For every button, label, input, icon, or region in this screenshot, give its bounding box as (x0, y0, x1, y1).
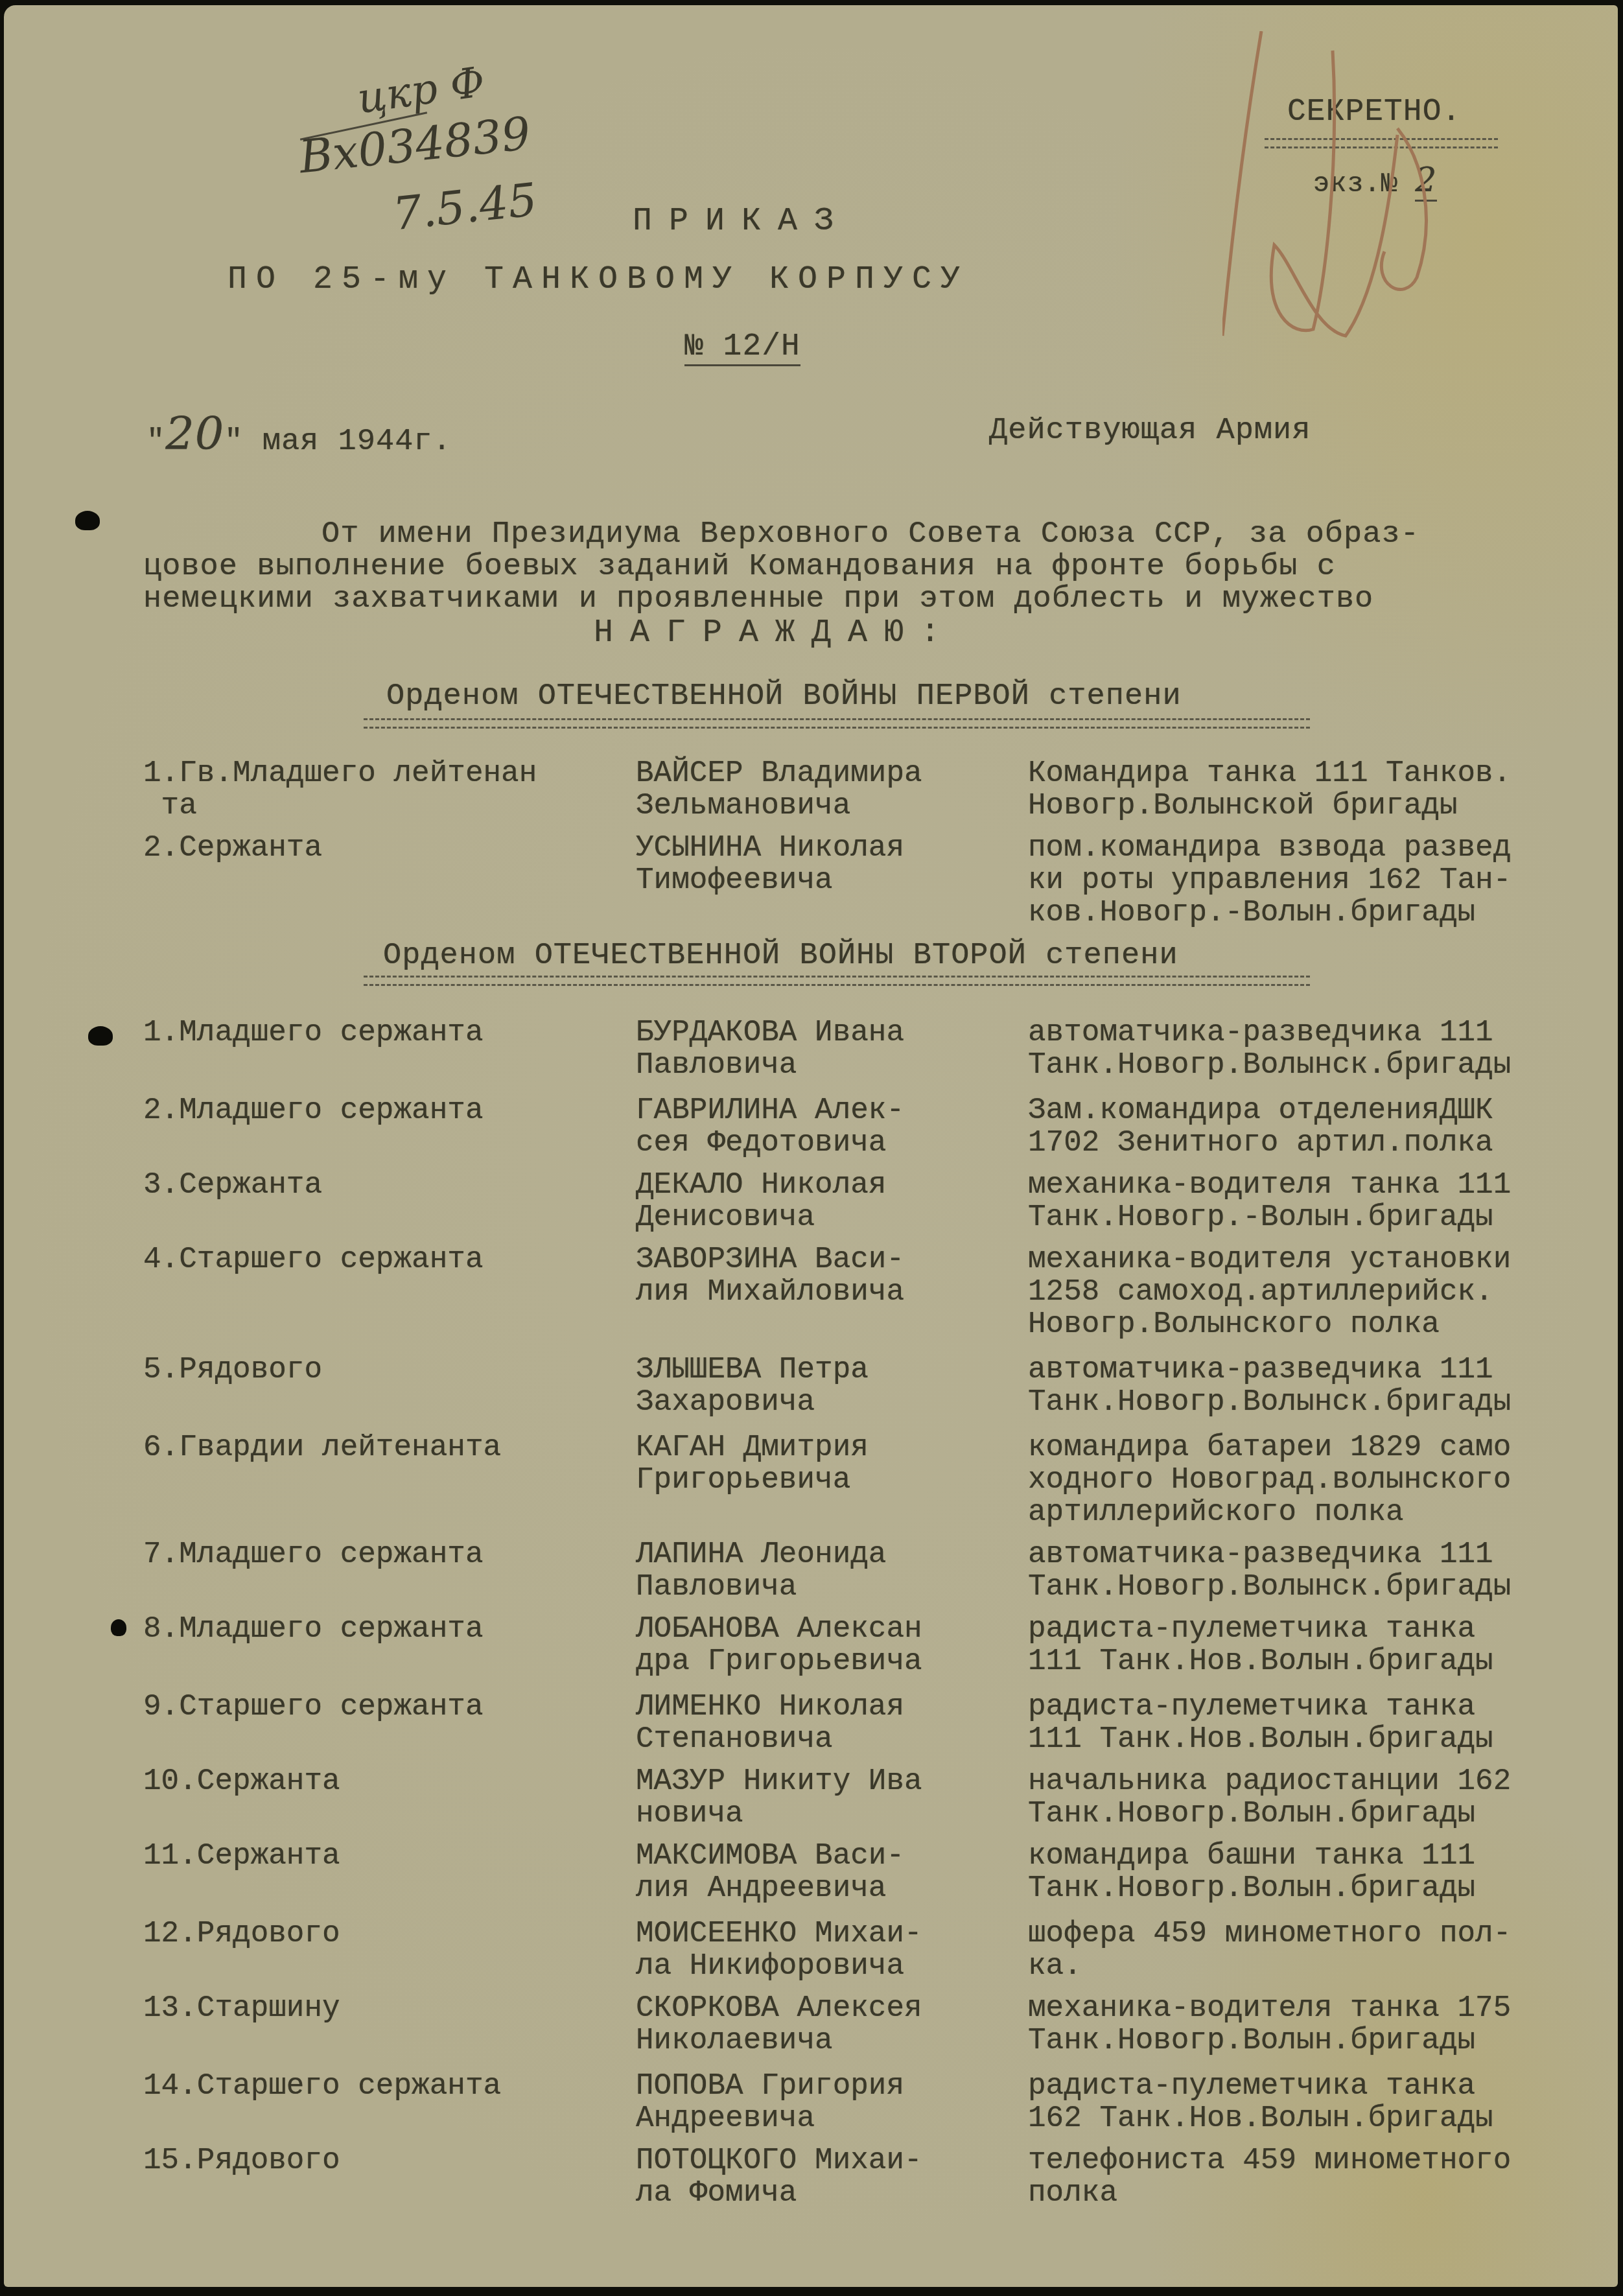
entry-rank: 11.Сержанта (143, 1840, 340, 1872)
entry-rank: 1.Гв.Младшего лейтенан та (143, 757, 537, 822)
entry-duty: радиста-пулеметчика танка 162 Танк.Нов.В… (1028, 2070, 1493, 2135)
preamble-line-2: цовое выполнение боевых заданий Командов… (143, 550, 1336, 584)
entry-name: ЛАПИНА Леонида Павловича (636, 1538, 886, 1603)
punch-hole (75, 511, 100, 530)
date-day: 20 (165, 407, 224, 460)
entry-duty: автоматчика-разведчика 111 Танк.Новогр.В… (1028, 1353, 1511, 1418)
entry-duty: механика-водителя установки 1258 самоход… (1028, 1243, 1511, 1341)
entry-name: ЗАВОРЗИНА Васи- лия Михайловича (636, 1243, 904, 1308)
order-date: "20" мая 1944г. (146, 407, 452, 460)
date-month-year: " мая 1944г. (224, 425, 451, 459)
entry-name: ЗЛЫШЕВА Петра Захаровича (636, 1353, 869, 1418)
entry-duty: телефониста 459 минометного полка (1028, 2144, 1511, 2209)
handwritten-date: 7.5.45 (390, 173, 539, 241)
entry-name: ПОТОЦКОГО Михаи- ла Фомича (636, 2144, 922, 2209)
order-title: ПРИКАЗ (633, 203, 850, 240)
entry-name: КАГАН Дмитрия Григорьевича (636, 1431, 869, 1496)
entry-duty: командира башни танка 111 Танк.Новогр.Во… (1028, 1840, 1475, 1904)
entry-rank: 13.Старшину (143, 1992, 340, 2024)
entry-duty: автоматчика-разведчика 111 Танк.Новогр.В… (1028, 1016, 1511, 1081)
entry-rank: 5.Рядового (143, 1353, 322, 1386)
entry-duty: автоматчика-разведчика 111 Танк.Новогр.В… (1028, 1538, 1511, 1603)
entry-name: УСЫНИНА Николая Тимофеевича (636, 832, 904, 896)
entry-rank: 1.Младшего сержанта (143, 1016, 484, 1049)
entry-duty: механика-водителя танка 111 Танк.Новогр.… (1028, 1169, 1511, 1234)
entry-rank: 7.Младшего сержанта (143, 1538, 484, 1571)
pencil-folio-mark (1222, 31, 1495, 342)
entry-name: ГАВРИЛИНА Алек- сея Федотовича (636, 1094, 904, 1159)
entry-rank: 12.Рядового (143, 1917, 340, 1950)
entry-name: МАКСИМОВА Васи- лия Андреевича (636, 1840, 904, 1904)
entry-rank: 8.Младшего сержанта (143, 1613, 484, 1645)
entry-duty: Зам.командира отделенияДШК 1702 Зенитног… (1028, 1094, 1493, 1159)
entry-rank: 14.Старшего сержанта (143, 2070, 501, 2102)
entry-name: ПОПОВА Григория Андреевича (636, 2070, 904, 2135)
section-heading-underline (364, 718, 1310, 729)
entry-name: ЛИМЕНКО Николая Степановича (636, 1691, 904, 1755)
order-subtitle: ПО 25-му ТАНКОВОМУ КОРПУСУ (228, 261, 969, 298)
entry-rank: 6.Гвардии лейтенанта (143, 1431, 501, 1464)
entry-name: БУРДАКОВА Ивана Павловича (636, 1016, 904, 1081)
entry-name: ВАЙСЕР Владимира Зельмановича (636, 757, 922, 822)
entry-name: ЛОБАНОВА Алексан дра Григорьевича (636, 1613, 922, 1678)
order-location: Действующая Армия (989, 414, 1311, 448)
section-heading-first-degree: Орденом ОТЕЧЕСТВЕННОЙ ВОЙНЫ ПЕРВОЙ степе… (386, 679, 1182, 714)
entry-rank: 9.Старшего сержанта (143, 1691, 484, 1723)
entry-rank: 3.Сержанта (143, 1169, 322, 1201)
section-heading-underline (364, 976, 1310, 986)
entry-duty: шофера 459 минометного пол- ка. (1028, 1917, 1511, 1982)
entry-duty: начальника радиостанции 162 Танк.Новогр.… (1028, 1765, 1511, 1830)
entry-rank: 10.Сержанта (143, 1765, 340, 1798)
preamble-line-1: От имени Президиума Верховного Совета Со… (321, 517, 1419, 552)
punch-hole (111, 1619, 126, 1636)
section-heading-second-degree: Орденом ОТЕЧЕСТВЕННОЙ ВОЙНЫ ВТОРОЙ степе… (383, 939, 1178, 973)
entry-name: МОИСЕЕНКО Михаи- ла Никифоровича (636, 1917, 922, 1982)
awarding-verb: НАГРАЖДАЮ: (594, 615, 957, 651)
preamble-line-3: немецкими захватчиками и проявленные при… (143, 582, 1373, 616)
order-number: № 12/Н (684, 329, 800, 366)
entry-duty: командира батареи 1829 само ходного Ново… (1028, 1431, 1511, 1529)
entry-duty: радиста-пулеметчика танка 111 Танк.Нов.В… (1028, 1613, 1493, 1678)
entry-name: МАЗУР Никиту Ива новича (636, 1765, 922, 1830)
entry-rank: 2.Младшего сержанта (143, 1094, 484, 1127)
entry-duty: Командира танка 111 Танков. Новогр.Волын… (1028, 757, 1511, 822)
entry-rank: 4.Старшего сержанта (143, 1243, 484, 1276)
entry-duty: механика-водителя танка 175 Танк.Новогр.… (1028, 1992, 1511, 2057)
document-page: цкр Ф Вх034839 7.5.45 СЕКРЕТНО. экз.№ 2 … (4, 5, 1618, 2287)
entry-name: ДЕКАЛО Николая Денисовича (636, 1169, 886, 1234)
entry-name: СКОРКОВА Алексея Николаевича (636, 1992, 922, 2057)
date-quote-open: " (146, 425, 165, 459)
entry-duty: пом.командира взвода развед ки роты упра… (1028, 832, 1511, 929)
entry-rank: 2.Сержанта (143, 832, 322, 864)
punch-hole (88, 1026, 113, 1046)
entry-duty: радиста-пулеметчика танка 111 Танк.Нов.В… (1028, 1691, 1493, 1755)
entry-rank: 15.Рядового (143, 2144, 340, 2177)
handwritten-incoming-number: Вх034839 (297, 107, 533, 184)
